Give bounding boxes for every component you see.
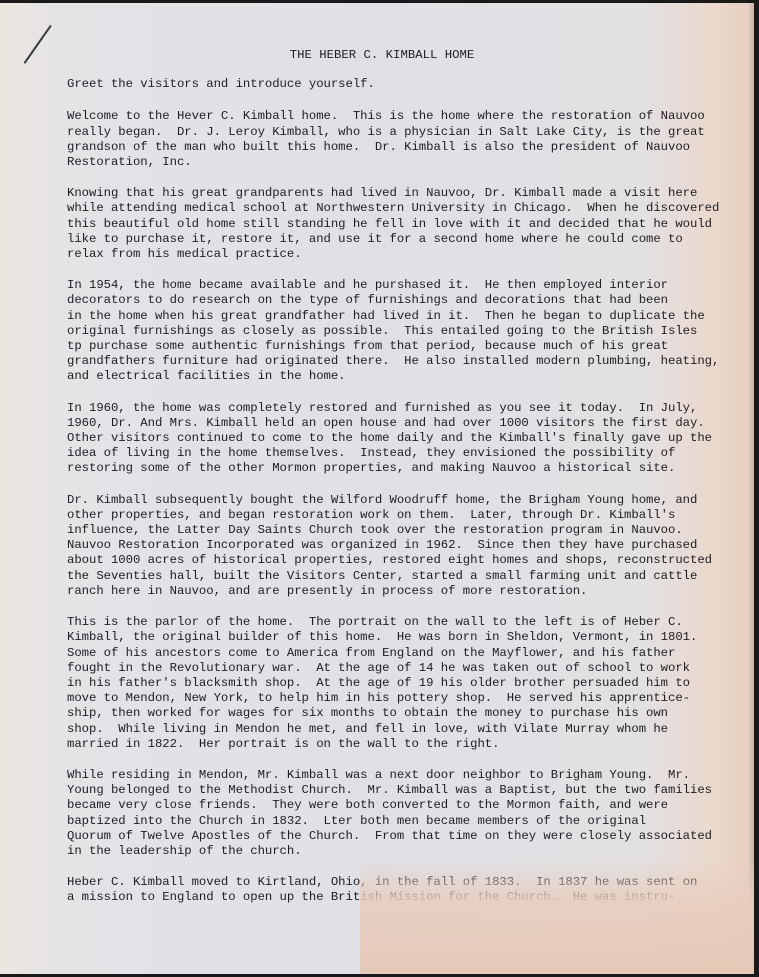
scanned-page: THE HEBER C. KIMBALL HOME Greet the visi…: [0, 3, 754, 974]
text-line: influence, the Latter Day Saints Church …: [67, 523, 747, 538]
text-line: in the home when his great grandfather h…: [67, 309, 747, 324]
text-line: ship, then worked for wages for six mont…: [67, 706, 747, 721]
text-line: while attending medical school at Northw…: [67, 201, 747, 216]
text-line: grandson of the man who built this home.…: [67, 140, 747, 155]
text-line: This is the parlor of the home. The port…: [67, 615, 747, 630]
document-title: THE HEBER C. KIMBALL HOME: [67, 48, 747, 63]
text-line: shop. While living in Mendon he met, and…: [67, 722, 747, 737]
text-line: married in 1822. Her portrait is on the …: [67, 737, 747, 752]
text-line: a mission to England to open up the Brit…: [67, 890, 747, 905]
text-line: in his father's blacksmith shop. At the …: [67, 676, 747, 691]
text-line: grandfathers furniture had originated th…: [67, 354, 747, 369]
text-line: Welcome to the Hever C. Kimball home. Th…: [67, 109, 747, 124]
text-line: about 1000 acres of historical propertie…: [67, 553, 747, 568]
paragraph: While residing in Mendon, Mr. Kimball wa…: [67, 768, 747, 859]
text-line: Kimball, the original builder of this ho…: [67, 630, 747, 645]
text-line: became very close friends. They were bot…: [67, 798, 747, 813]
text-line: tp purchase some authentic furnishings f…: [67, 339, 747, 354]
text-line: Dr. Kimball subsequently bought the Wilf…: [67, 493, 747, 508]
text-line: baptized into the Church in 1832. Lter b…: [67, 814, 747, 829]
text-line: Young belonged to the Methodist Church. …: [67, 783, 747, 798]
text-line: relax from his medical practice.: [67, 247, 747, 262]
text-line: other properties, and began restoration …: [67, 508, 747, 523]
text-line: idea of living in the home themselves. I…: [67, 446, 747, 461]
document-body: THE HEBER C. KIMBALL HOME Greet the visi…: [67, 43, 747, 922]
paragraph: In 1960, the home was completely restore…: [67, 401, 747, 477]
text-line: move to Mendon, New York, to help him in…: [67, 691, 747, 706]
text-line: Nauvoo Restoration Incorporated was orga…: [67, 538, 747, 553]
text-line: this beautiful old home still standing h…: [67, 217, 747, 232]
paragraph: In 1954, the home became available and h…: [67, 278, 747, 384]
text-line: Greet the visitors and introduce yoursel…: [67, 77, 747, 92]
text-line: original furnishings as closely as possi…: [67, 324, 747, 339]
text-line: and electrical facilities in the home.: [67, 369, 747, 384]
text-line: 1960, Dr. And Mrs. Kimball held an open …: [67, 416, 747, 431]
text-line: ranch here in Nauvoo, and are presently …: [67, 584, 747, 599]
text-line: Restoration, Inc.: [67, 155, 747, 170]
paragraph-list: Greet the visitors and introduce yoursel…: [67, 77, 747, 905]
text-line: the Seventies hall, built the Visitors C…: [67, 569, 747, 584]
text-line: Knowing that his great grandparents had …: [67, 186, 747, 201]
text-line: restoring some of the other Mormon prope…: [67, 461, 747, 476]
text-line: Other visitors continued to come to the …: [67, 431, 747, 446]
paragraph: Welcome to the Hever C. Kimball home. Th…: [67, 109, 747, 170]
text-line: fought in the Revolutionary war. At the …: [67, 661, 747, 676]
paragraph: Knowing that his great grandparents had …: [67, 186, 747, 262]
paragraph: This is the parlor of the home. The port…: [67, 615, 747, 752]
text-line: decorators to do research on the type of…: [67, 293, 747, 308]
text-line: In 1960, the home was completely restore…: [67, 401, 747, 416]
pen-mark: [24, 25, 52, 64]
paragraph: Dr. Kimball subsequently bought the Wilf…: [67, 493, 747, 599]
text-line: in the leadership of the church.: [67, 844, 747, 859]
text-line: really began. Dr. J. Leroy Kimball, who …: [67, 125, 747, 140]
paragraph: Heber C. Kimball moved to Kirtland, Ohio…: [67, 875, 747, 905]
text-line: Some of his ancestors come to America fr…: [67, 646, 747, 661]
page-edge: [749, 3, 754, 974]
text-line: like to purchase it, restore it, and use…: [67, 232, 747, 247]
text-line: In 1954, the home became available and h…: [67, 278, 747, 293]
text-line: While residing in Mendon, Mr. Kimball wa…: [67, 768, 747, 783]
text-line: Heber C. Kimball moved to Kirtland, Ohio…: [67, 875, 747, 890]
text-line: Quorum of Twelve Apostles of the Church.…: [67, 829, 747, 844]
paragraph: Greet the visitors and introduce yoursel…: [67, 77, 747, 92]
